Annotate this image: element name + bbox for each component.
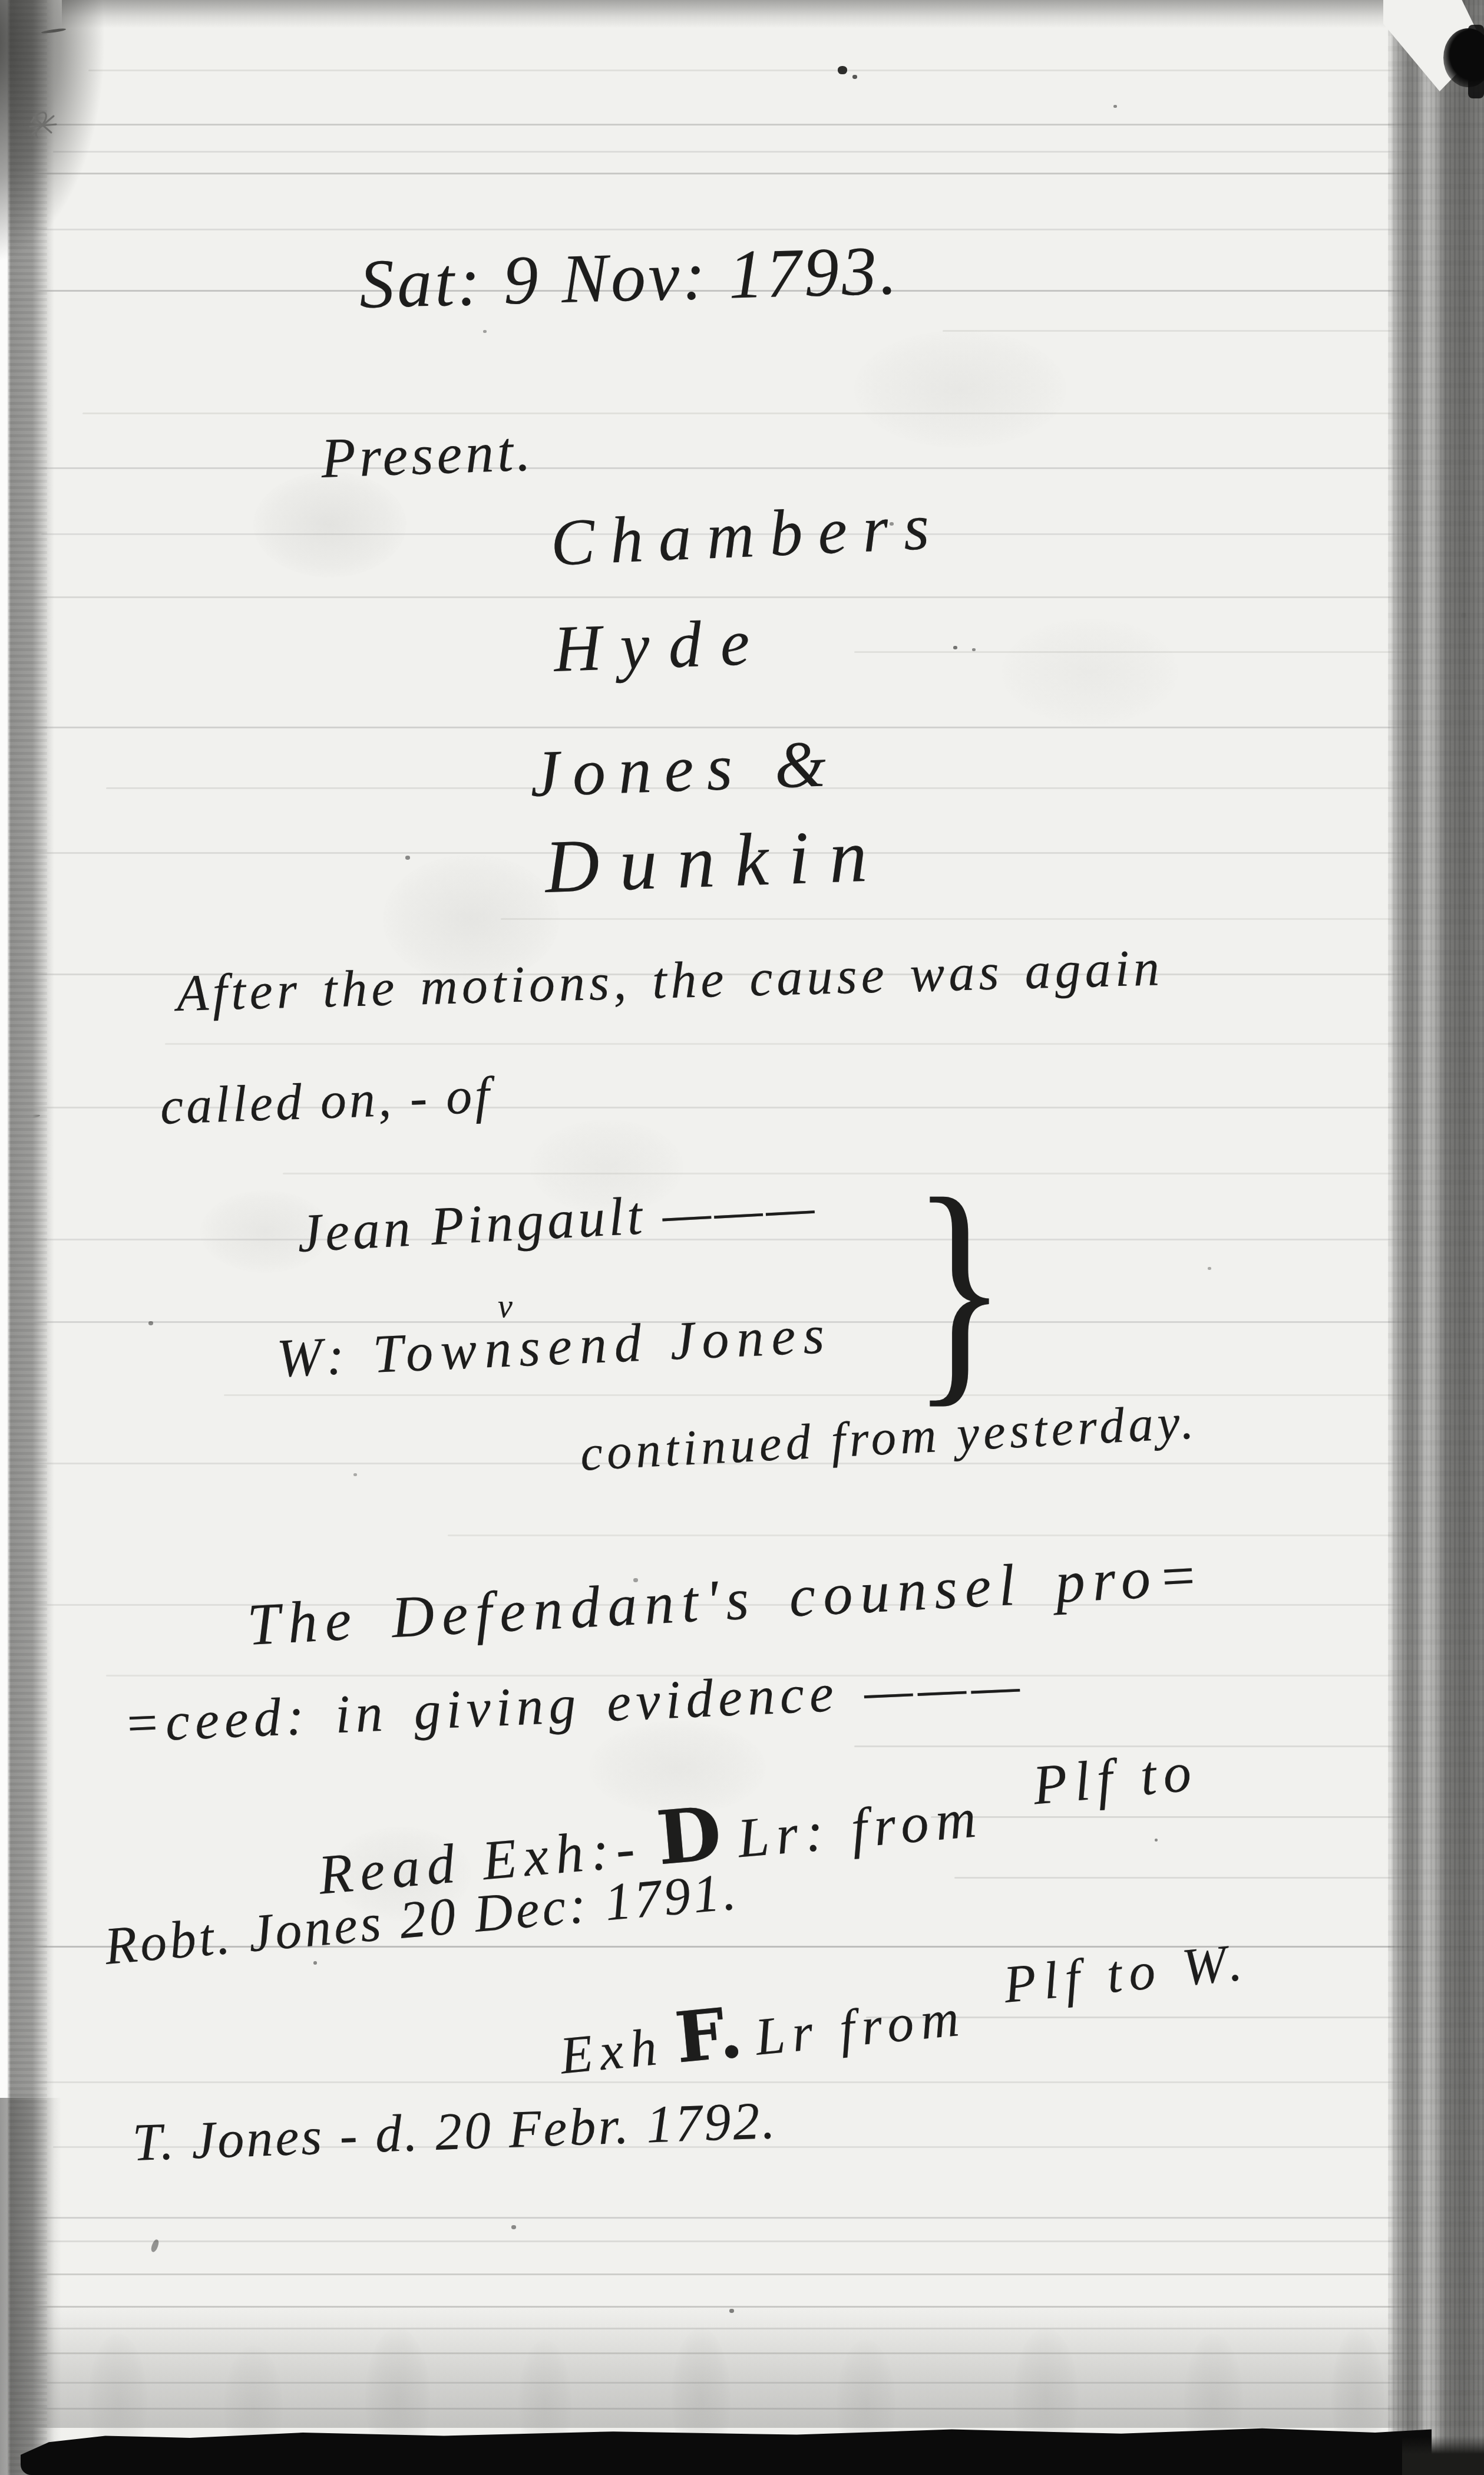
page-top-edge-shadow bbox=[62, 0, 1393, 28]
ink-speck bbox=[313, 1961, 317, 1965]
ruled-line bbox=[0, 2240, 1484, 2242]
ruled-line bbox=[0, 596, 1484, 598]
judge-jones: Jones & bbox=[529, 726, 840, 813]
narrative-line-1: After the motions, the cause was again bbox=[176, 938, 1164, 1024]
continued-note: continued from yesterday. bbox=[579, 1392, 1199, 1483]
ink-speck bbox=[511, 2225, 516, 2229]
ruled-line bbox=[82, 412, 1414, 414]
exhibit-d-middle: Lr: from bbox=[735, 1786, 986, 1870]
exhibit-f-middle: Lr from bbox=[753, 1988, 969, 2067]
ruled-line bbox=[501, 918, 1467, 920]
judge-chambers: Chambers bbox=[549, 489, 946, 582]
ink-speck bbox=[1113, 105, 1117, 108]
paper-smudge bbox=[854, 330, 1066, 448]
ink-speck bbox=[1208, 1267, 1211, 1270]
exhibit-f-parties: Plf to W. bbox=[1001, 1932, 1251, 2014]
ink-speck bbox=[852, 75, 857, 79]
present-label: Present. bbox=[320, 418, 535, 491]
ruled-line bbox=[0, 467, 1461, 469]
date-heading: Sat: 9 Nov: 1793. bbox=[358, 230, 901, 325]
ink-speck bbox=[1155, 1839, 1158, 1842]
ruled-line bbox=[0, 173, 1484, 174]
right-top-ink-blob bbox=[1468, 25, 1484, 98]
ink-speck bbox=[483, 330, 487, 333]
right-binding-texture bbox=[1388, 0, 1484, 2475]
ink-speck bbox=[729, 2309, 734, 2313]
plaintiff-name: Jean Pingault ——— bbox=[296, 1175, 819, 1265]
ruled-line bbox=[0, 2273, 1484, 2275]
ink-speck bbox=[353, 1473, 357, 1476]
defendant-name: W: Townsend Jones bbox=[276, 1303, 833, 1390]
ruled-line bbox=[0, 124, 1484, 126]
narrative-line-2: called on, - of bbox=[159, 1065, 493, 1137]
exhibit-f-prefix: Exh bbox=[557, 2017, 666, 2085]
ink-speck bbox=[953, 646, 957, 649]
margin-scribble-icon bbox=[27, 103, 61, 149]
ink-speck bbox=[405, 856, 410, 860]
ruled-line bbox=[283, 1173, 1484, 1174]
ink-speck bbox=[972, 648, 976, 651]
exhibit-f-continuation: T. Jones - d. 20 Febr. 1792. bbox=[131, 2090, 778, 2173]
ruled-line bbox=[88, 70, 1402, 71]
left-bottom-shadow bbox=[0, 2098, 77, 2475]
ruled-line bbox=[53, 151, 1426, 153]
judge-hyde: Hyde bbox=[553, 604, 770, 688]
left-top-corner-shadow bbox=[0, 0, 118, 342]
paper-smudge bbox=[1002, 619, 1178, 725]
ruled-line bbox=[0, 2081, 1484, 2083]
bottom-edge-shading bbox=[0, 2304, 1484, 2428]
ink-speck bbox=[148, 1321, 153, 1325]
exhibit-d-parties: Plf to bbox=[1030, 1740, 1201, 1816]
ruled-line bbox=[224, 1394, 1476, 1396]
counsel-line-2: =ceed: in giving evidence ——— bbox=[123, 1653, 1026, 1755]
bottom-book-edge bbox=[1402, 2437, 1484, 2475]
ink-speck bbox=[838, 66, 847, 74]
exhibit-f-line: ExhF.Lr fromPlf to W. bbox=[556, 1942, 1254, 2090]
ruled-line bbox=[35, 229, 1437, 230]
judge-dunkin: Dunkin bbox=[543, 812, 888, 910]
ruled-line bbox=[165, 1043, 1484, 1045]
manuscript-page: Sat: 9 Nov: 1793. Present. Chambers Hyde… bbox=[0, 0, 1484, 2475]
exhibit-letter-f: F. bbox=[659, 1989, 759, 2080]
counsel-line-1: The Defendant's counsel pro= bbox=[246, 1541, 1207, 1659]
ruled-line bbox=[0, 2217, 1484, 2219]
case-brace: } bbox=[912, 1171, 1007, 1405]
ruled-line bbox=[448, 1534, 1484, 1536]
ruled-line bbox=[0, 727, 1484, 728]
ruled-line bbox=[943, 330, 1432, 332]
